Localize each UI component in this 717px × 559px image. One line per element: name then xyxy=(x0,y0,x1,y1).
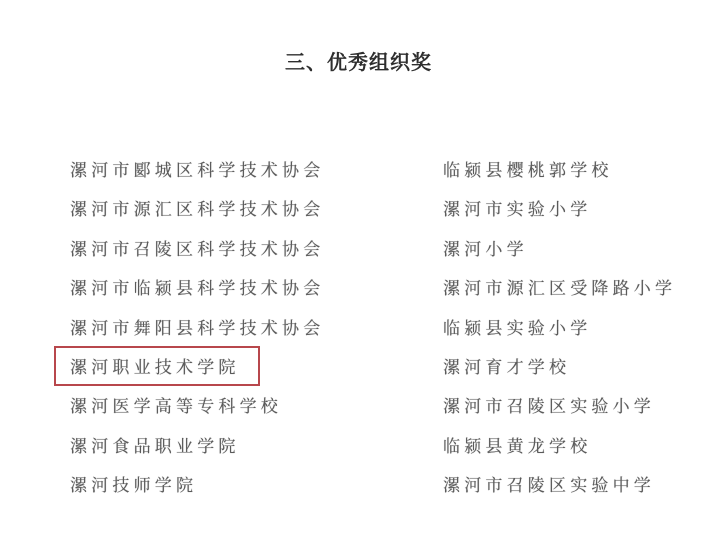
award-item: 漯河市郾城区科学技术协会 xyxy=(70,156,324,195)
award-item: 漯河市实验小学 xyxy=(443,195,676,234)
award-item: 漯河医学高等专科学校 xyxy=(70,392,324,431)
award-item: 临颍县实验小学 xyxy=(443,314,676,353)
award-item: 临颍县黄龙学校 xyxy=(443,432,676,471)
section-title: 三、优秀组织奖 xyxy=(0,46,717,75)
award-item: 漯河市舞阳县科学技术协会 xyxy=(70,314,324,353)
award-item: 漯河食品职业学院 xyxy=(70,432,324,471)
award-item: 漯河育才学校 xyxy=(443,353,676,392)
award-item: 漯河市召陵区科学技术协会 xyxy=(70,235,324,274)
award-item: 漯河市源汇区受降路小学 xyxy=(443,274,676,313)
award-list-right: 临颍县樱桃郭学校 漯河市实验小学 漯河小学 漯河市源汇区受降路小学 临颍县实验小… xyxy=(443,156,676,511)
award-item: 临颍县樱桃郭学校 xyxy=(443,156,676,195)
award-list-left: 漯河市郾城区科学技术协会 漯河市源汇区科学技术协会 漯河市召陵区科学技术协会 漯… xyxy=(70,156,324,511)
award-item: 漯河市召陵区实验小学 xyxy=(443,392,676,431)
award-item: 漯河市源汇区科学技术协会 xyxy=(70,195,324,234)
award-item: 漯河小学 xyxy=(443,235,676,274)
award-item: 漯河市召陵区实验中学 xyxy=(443,471,676,510)
award-item: 漯河市临颍县科学技术协会 xyxy=(70,274,324,313)
award-item-highlighted: 漯河职业技术学院 xyxy=(70,353,324,392)
award-item: 漯河技师学院 xyxy=(70,471,324,510)
